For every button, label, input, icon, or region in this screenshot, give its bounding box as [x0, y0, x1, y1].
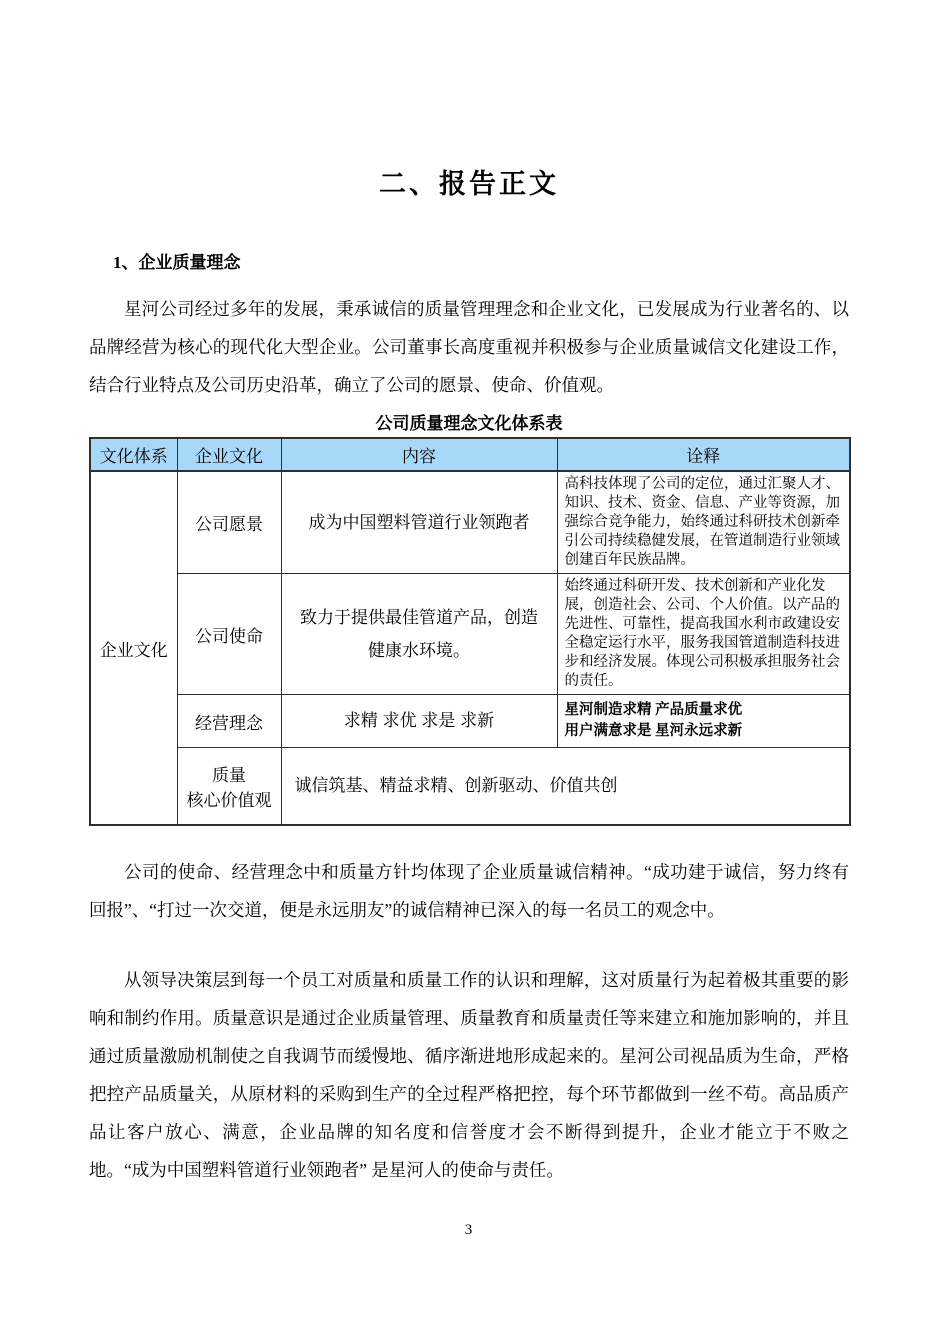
paragraph-intro: 星河公司经过多年的发展，秉承诚信的质量管理理念和企业文化，已发展成为行业著名的、… [89, 290, 849, 404]
culture-line-2: 核心价值观 [179, 786, 280, 811]
section-heading: 1、企业质量理念 [113, 248, 849, 273]
cell-interpretation-mission: 始终通过科研开发、技术创新和产业化发展，创造社会、公司、个人价值。以产品的先进性… [557, 574, 850, 695]
paragraph-integrity: 公司的使命、经营理念中和质量方针均体现了企业质量诚信精神。“成功建于诚信，努力终… [89, 853, 849, 929]
table-row-mission: 公司使命 致力于提供最佳管道产品，创造健康水环境。 始终通过科研开发、技术创新和… [90, 574, 850, 695]
page-content: 二、报告正文 1、企业质量理念 星河公司经过多年的发展，秉承诚信的质量管理理念和… [89, 0, 849, 1189]
table-title: 公司质量理念文化体系表 [89, 409, 849, 434]
cell-content-vision: 成为中国塑料管道行业领跑者 [281, 471, 557, 574]
col-header-culture-system: 文化体系 [90, 438, 177, 471]
page-number: 3 [0, 1222, 937, 1239]
group-cell-enterprise-culture: 企业文化 [90, 471, 177, 825]
cell-interpretation-concept: 星河制造求精 产品质量求优 用户满意求是 星河永远求新 [557, 695, 850, 748]
cell-content-mission: 致力于提供最佳管道产品，创造健康水环境。 [281, 574, 557, 695]
table-header-row: 文化体系 企业文化 内容 诠释 [90, 438, 850, 471]
paragraph-quality-awareness: 从领导决策层到每一个员工对质量和质量工作的认识和理解，这对质量行为起着极其重要的… [89, 961, 849, 1189]
table-row-business-concept: 经营理念 求精 求优 求是 求新 星河制造求精 产品质量求优 用户满意求是 星河… [90, 695, 850, 748]
cell-culture-vision: 公司愿景 [177, 471, 281, 574]
quality-culture-table: 文化体系 企业文化 内容 诠释 企业文化 公司愿景 成为中国塑料管道行业领跑者 … [89, 437, 851, 826]
cell-culture-mission: 公司使命 [177, 574, 281, 695]
col-header-content: 内容 [281, 438, 557, 471]
col-header-interpretation: 诠释 [557, 438, 850, 471]
col-header-enterprise-culture: 企业文化 [177, 438, 281, 471]
cell-culture-concept: 经营理念 [177, 695, 281, 748]
cell-content-concept: 求精 求优 求是 求新 [281, 695, 557, 748]
cell-culture-core-values: 质量 核心价值观 [177, 748, 281, 826]
document-page: 二、报告正文 1、企业质量理念 星河公司经过多年的发展，秉承诚信的质量管理理念和… [0, 0, 937, 1325]
cell-content-core-values: 诚信筑基、精益求精、创新驱动、价值共创 [281, 748, 850, 826]
table-row-core-values: 质量 核心价值观 诚信筑基、精益求精、创新驱动、价值共创 [90, 748, 850, 826]
culture-line-1: 质量 [179, 761, 280, 786]
interpretation-line-1: 星河制造求精 产品质量求优 [565, 700, 845, 721]
interpretation-line-2: 用户满意求是 星河永远求新 [565, 721, 845, 742]
page-title: 二、报告正文 [89, 162, 849, 201]
cell-interpretation-vision: 高科技体现了公司的定位，通过汇聚人才、知识、技术、资金、信息、产业等资源，加强综… [557, 471, 850, 574]
table-row-vision: 企业文化 公司愿景 成为中国塑料管道行业领跑者 高科技体现了公司的定位，通过汇聚… [90, 471, 850, 574]
